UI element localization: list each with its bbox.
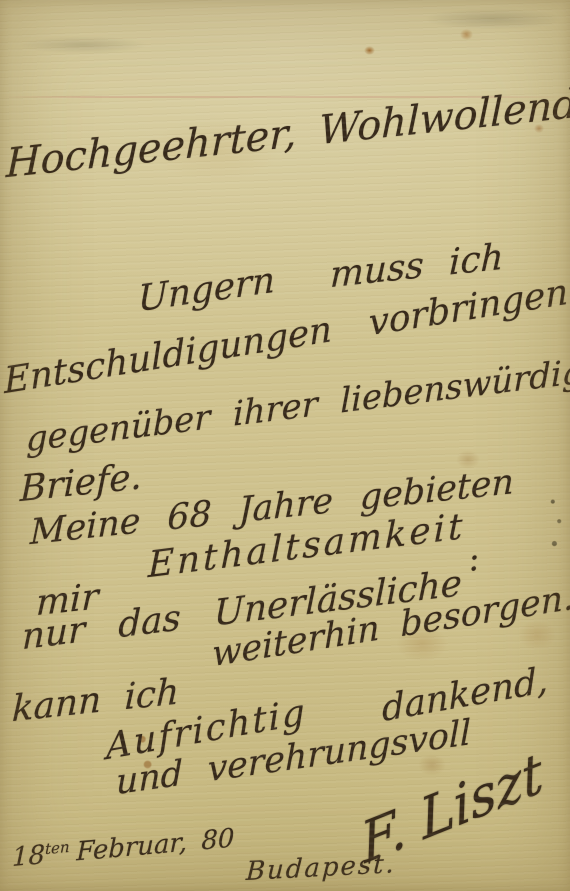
date-month-year: Februar, 80 xyxy=(76,823,234,867)
place-line: Budapest. xyxy=(245,850,396,887)
date-day: 18 xyxy=(12,840,45,873)
paper-stain xyxy=(364,46,375,55)
paper-stain xyxy=(460,29,473,40)
date-line: 18tenFebruar, 80 xyxy=(12,824,235,872)
paper-smudge xyxy=(424,8,564,30)
date-ordinal: ten xyxy=(45,838,70,858)
paper-smudge xyxy=(18,36,148,54)
letter-page: Hochgeehrter, Wohlwollender, Ungern muss… xyxy=(0,0,570,891)
letter-line-salutation: Hochgeehrter, Wohlwollender, xyxy=(6,76,570,186)
letter-line-ungern: Ungern xyxy=(138,261,275,320)
letter-colon-mark: : xyxy=(466,541,482,580)
letter-line-briefe: Briefe. xyxy=(20,457,143,510)
paper-specks xyxy=(548,496,564,552)
